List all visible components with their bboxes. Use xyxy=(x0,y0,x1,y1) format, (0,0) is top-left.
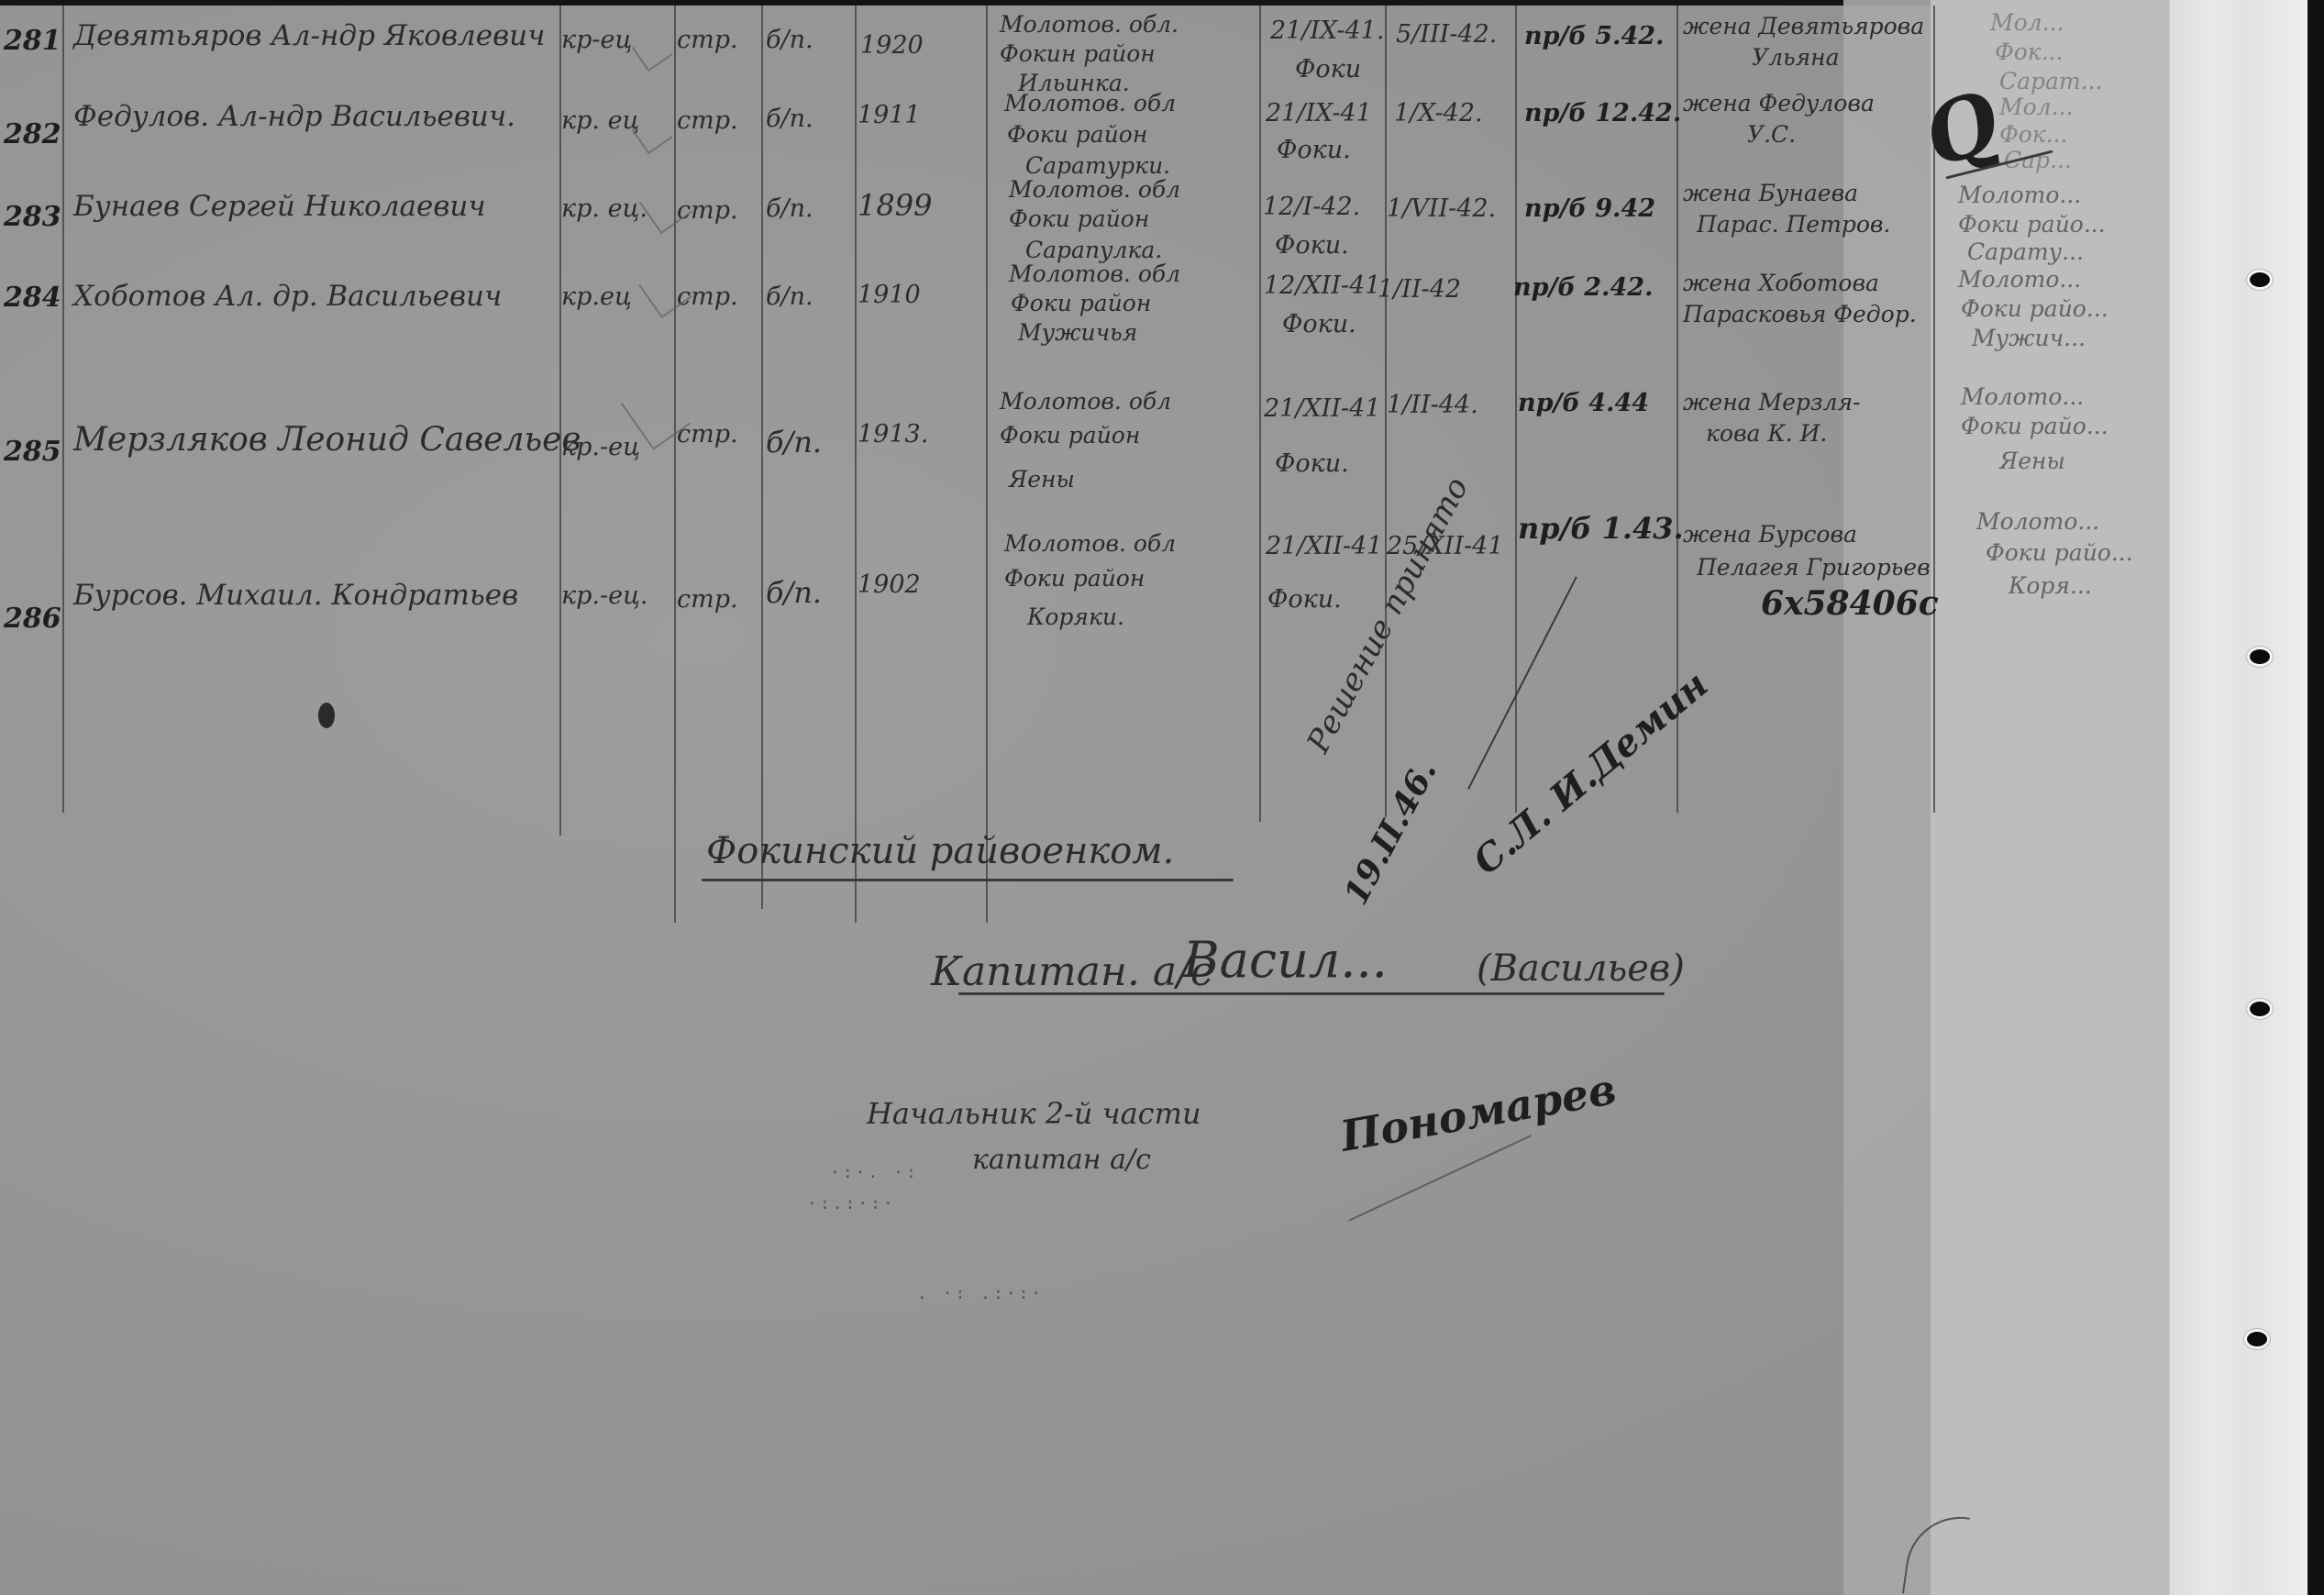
birthplace-line: Фоки район xyxy=(1004,567,1145,590)
punch-hole-icon xyxy=(2250,649,2270,664)
birthplace-line: Фоки район xyxy=(1009,207,1149,230)
next-of-kin: У.С. xyxy=(1747,123,1796,146)
next-of-kin: Пелагея Григорьев xyxy=(1697,556,1931,579)
captain-underline xyxy=(958,992,1665,995)
ink-blot xyxy=(318,703,335,728)
office-underline xyxy=(702,879,1234,881)
status-note: пр/б 5.42. xyxy=(1524,24,1664,49)
birthplace-line: Фоки район xyxy=(1007,123,1147,146)
kin-address: Яены xyxy=(1999,449,2065,472)
party: б/п. xyxy=(766,284,813,309)
next-of-kin: Парасковья Федор. xyxy=(1683,303,1917,326)
birthplace-line: Коряки. xyxy=(1027,605,1124,628)
party: б/п. xyxy=(766,106,813,131)
kin-address: Коря... xyxy=(2009,574,2092,597)
birthplace-line: Молотов. обл xyxy=(1009,262,1180,285)
chief-rank: капитан а/с xyxy=(972,1146,1151,1174)
rank: кр-ец xyxy=(561,28,632,52)
checkmark-icon xyxy=(639,181,692,234)
kin-address: Фоки райо... xyxy=(1958,213,2106,236)
checkmark-icon xyxy=(632,31,673,72)
page-margin-shade xyxy=(1843,0,1931,1595)
birthplace-line: Фоки район xyxy=(1000,424,1140,447)
draft-place: Фоки. xyxy=(1282,312,1356,337)
column-rule xyxy=(855,6,857,923)
person-name: Федулов. Ал-ндр Васильевич. xyxy=(73,103,515,131)
birthplace-line: Мужичья xyxy=(1018,321,1137,344)
party: б/п. xyxy=(766,578,822,607)
person-name: Хоботов Ал. др. Васильевич xyxy=(73,282,502,311)
status-note: пр/б 2.42. xyxy=(1513,275,1653,300)
kin-address: Молото... xyxy=(1976,510,2099,533)
role: стр. xyxy=(677,28,738,52)
next-of-kin: жена Хоботова xyxy=(1683,271,1879,294)
role: стр. xyxy=(677,587,738,612)
next-of-kin: жена Бурсова xyxy=(1683,523,1857,546)
stamp-residue: ·:.:·:· xyxy=(807,1194,896,1213)
missing-date: 1/X-42. xyxy=(1394,101,1483,126)
kin-address: Мол... xyxy=(1990,11,2064,34)
missing-date: 1/II-44. xyxy=(1387,393,1478,417)
kin-address: Фоки райо... xyxy=(1961,297,2108,320)
captain-signature: Васил... xyxy=(1183,936,1388,985)
kin-address: Молото... xyxy=(1961,385,2084,408)
next-of-kin: Ульяна xyxy=(1752,46,1840,69)
draft-place: Фоки. xyxy=(1267,587,1342,612)
birthplace-line: Саратурки. xyxy=(1025,154,1170,177)
party: б/п. xyxy=(766,427,822,457)
status-note: пр/б 9.42 xyxy=(1524,196,1655,221)
stamp-residue: . ·: .:·:· xyxy=(917,1284,1044,1303)
birthplace-line: Молотов. обл. xyxy=(1000,13,1179,36)
row-number: 281 xyxy=(4,28,61,55)
draft-date: 12/XII-41 xyxy=(1264,273,1381,298)
person-name: Бурсов. Михаил. Кондратьев xyxy=(73,582,518,610)
status-note: пр/б 1.43. xyxy=(1518,514,1684,543)
draft-date: 21/IX-41 xyxy=(1266,101,1372,126)
draft-date: 12/I-42. xyxy=(1263,194,1360,219)
kin-address: Сарат... xyxy=(1999,70,2103,93)
rank: кр.-ец xyxy=(561,435,640,460)
kin-address: Фок... xyxy=(1999,123,2068,146)
row-number: 284 xyxy=(4,284,61,312)
binding-strip xyxy=(2169,0,2308,1595)
party: б/п. xyxy=(766,28,813,52)
next-of-kin: кова К. И. xyxy=(1706,422,1827,445)
next-of-kin: жена Федулова xyxy=(1683,92,1875,115)
rank: кр. ец xyxy=(561,108,639,133)
kin-address: Мол... xyxy=(1999,95,2073,118)
kin-address: Сарату... xyxy=(1967,240,2084,263)
birth-year: 1913. xyxy=(858,422,928,447)
column-rule xyxy=(674,6,676,923)
kin-address: Молото... xyxy=(1958,268,2081,291)
kin-address: Молото... xyxy=(1958,183,2081,206)
missing-date: 1/VII-42. xyxy=(1387,196,1496,221)
draft-date: 21/IX-41. xyxy=(1270,18,1384,43)
row-number: 283 xyxy=(4,204,61,231)
status-note: пр/б 12.42. xyxy=(1524,101,1681,126)
birthplace-line: Молотов. обл xyxy=(1004,532,1176,555)
scan-right-edge xyxy=(2307,0,2324,1595)
draft-place: Фоки. xyxy=(1275,233,1349,258)
rank: кр.ец xyxy=(561,284,632,309)
captain-name: (Васильев) xyxy=(1477,950,1685,987)
birthplace-line: Фоки район xyxy=(1011,292,1151,315)
kin-address: Фоки райо... xyxy=(1961,415,2108,438)
column-rule xyxy=(761,6,763,909)
office-title: Фокинский райвоенком. xyxy=(706,833,1174,869)
birthplace-line: Молотов. обл xyxy=(1004,92,1176,115)
chief-signature: Пономарев xyxy=(1337,1068,1619,1157)
column-rule xyxy=(62,6,64,813)
punch-hole-icon xyxy=(2250,1002,2270,1016)
punch-hole-icon xyxy=(2250,272,2270,287)
punch-hole-icon xyxy=(2247,1332,2267,1346)
draft-place: Фоки xyxy=(1295,57,1361,82)
person-name: Мерзляков Леонид Савельев xyxy=(73,424,581,457)
next-of-kin: жена Девятьярова xyxy=(1683,15,1924,38)
captain-title: Капитан. а/с xyxy=(931,952,1213,992)
birthplace-line: Фокин район xyxy=(1000,42,1156,65)
role: стр. xyxy=(677,108,738,133)
rank: кр.-ец. xyxy=(561,583,648,608)
next-of-kin: Парас. Петров. xyxy=(1697,213,1890,236)
kin-address: Мужич... xyxy=(1972,327,2086,349)
draft-place: Фоки. xyxy=(1275,451,1349,476)
birth-year: 1902 xyxy=(858,572,921,597)
signature-stroke xyxy=(1467,576,1577,790)
draft-place: Фоки. xyxy=(1277,138,1351,162)
draft-date: 21/XII-41 xyxy=(1264,396,1381,421)
birth-year: 1911 xyxy=(858,103,921,127)
archive-reference: 6х58406с xyxy=(1761,587,1939,620)
stamp-residue: ·:·. ·: xyxy=(830,1163,919,1182)
party: б/п. xyxy=(766,196,813,221)
birthplace-line: Сарапулка. xyxy=(1025,238,1162,261)
kin-address: Фок... xyxy=(1995,40,2064,63)
status-note: пр/б 4.44 xyxy=(1518,391,1649,415)
birth-year: 1910 xyxy=(858,282,921,307)
row-number: 285 xyxy=(4,438,61,466)
person-name: Бунаев Сергей Николаевич xyxy=(73,193,486,221)
row-number: 286 xyxy=(4,605,61,633)
birthplace-line: Молотов. обл xyxy=(1009,178,1180,201)
birth-year: 1920 xyxy=(860,33,924,58)
row-number: 282 xyxy=(4,121,61,149)
kin-address: Фоки райо... xyxy=(1986,541,2133,564)
column-rule xyxy=(986,6,988,923)
missing-date: 5/III-42. xyxy=(1396,22,1497,47)
decision-annotation: Решение принято xyxy=(1302,472,1474,758)
draft-date: 21/XII-41 xyxy=(1266,534,1383,559)
birthplace-line: Молотов. обл xyxy=(1000,390,1171,413)
decision-date: 19.II.46. xyxy=(1339,756,1442,910)
document-page: 281 Девятьяров Ал-ндр Яковлевич кр-ец ст… xyxy=(0,0,2324,1595)
birthplace-line: Яены xyxy=(1009,468,1075,491)
person-name: Девятьяров Ал-ндр Яковлевич xyxy=(73,22,545,50)
column-rule xyxy=(1259,6,1261,822)
missing-date: 1/II-42 xyxy=(1378,277,1461,302)
next-of-kin: жена Бунаева xyxy=(1683,182,1858,205)
next-of-kin: жена Мерзля- xyxy=(1683,391,1860,414)
chief-title: Начальник 2-й части xyxy=(867,1099,1201,1128)
birth-year: 1899 xyxy=(858,191,932,220)
rank: кр. ец. xyxy=(561,196,647,221)
